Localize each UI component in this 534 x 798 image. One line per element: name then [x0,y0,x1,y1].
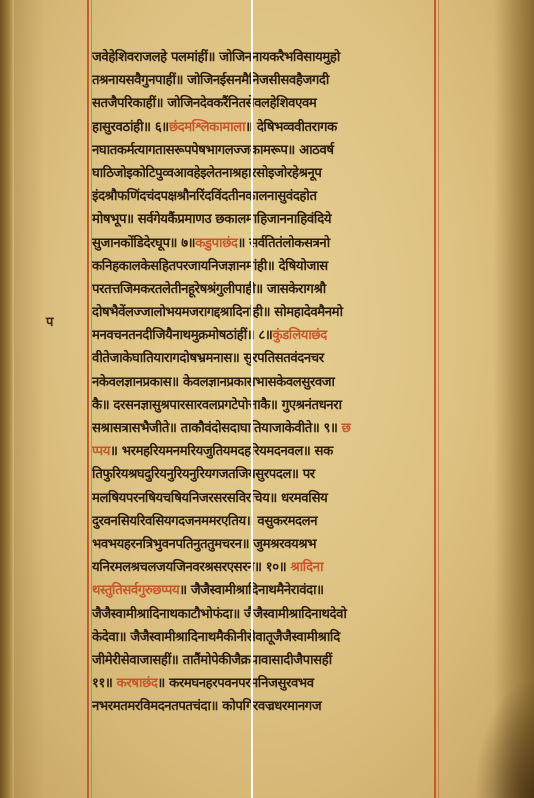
manuscript-line: सश्रासत्रासभैजीते॥ ताकौवंदोसदाघातियाजाके… [92,417,434,440]
verse-text: हासुरवठांही॥ ६॥ [92,120,169,135]
manuscript-line: यनिरमलश्रचलजयजिनवरश्रसरएसरन॥ १०॥ श्रादिन… [92,556,434,579]
verse-text: ११॥ [92,676,117,691]
manuscript-line: भवभयहरनत्रिभुवनपतिनुततुमचरन॥ जुमश्ररवयश्… [92,533,434,556]
manuscript-line: दुरवनसियरिवसियगदजनममरएतिय॥ वसुकरमदलन [92,510,434,533]
manuscript-line: नघातकर्मत्यागतासरूपपेषभागलज्जकामरूप॥ आठव… [92,139,434,162]
manuscript-line: कनिहकालकेसहितपरजायनिजज्ञानमांही॥ देषियोज… [92,255,434,278]
manuscript-line: सतजैपरिकाहीं॥ जोजिनदेवकरैंनितसेवलहेशिवएव… [92,92,434,115]
rubric-heading: छंदमश्लिकामाला [169,120,245,135]
rubric-heading: प्पय [92,444,110,459]
manuscript-line: वीतेजाकेघातियारागदोषभ्रमनास॥ सुरपतिसतवंद… [92,347,434,370]
manuscript-line: इंदश्रौफणिंदचंदपक्षश्रौनरिंदविंदतीनकालना… [92,185,434,208]
manuscript-line: जवेहेशिवराजलहे पलमांहीं॥ जोजिननायकरैभविस… [92,46,434,69]
verse-text: मोषभूप॥ सर्वगेयकैंप्रमाणउ छकालमाहिजाननाह… [92,212,331,227]
rubric-heading: करषाछंद [117,676,158,691]
page-corner-shadow [474,678,534,798]
verse-text: घाठिजोइकोटिपुव्वआवहेइलेतनाश्रहारसोइजोरहे… [92,166,321,181]
verse-text: जवेहेशिवराजलहे पलमांहीं॥ जोजिननायकरैभविस… [92,50,340,65]
verse-text: ॥ करमघनहरपवनपरमनिजसुरवभव [157,676,313,691]
manuscript-line: थस्तुतिसर्वगुरुछप्पय॥ जैजैस्वामीश्रादिना… [92,579,434,602]
verse-text: सतजैपरिकाहीं॥ जोजिनदेवकरैंनितसेवलहेशिवएव… [92,96,316,111]
verse-text: नघातकर्मत्यागतासरूपपेषभागलज्जकामरूप॥ आठव… [92,143,334,158]
binding-shadow [0,0,14,798]
manuscript-line: मलषियपरनषियचषियनिजरसरसविरचिय॥ धरमवसिय [92,487,434,510]
verse-text: दुरवनसियरिवसियगदजनममरएतिय॥ वसुकरमदलन [92,514,317,529]
verse-text: मनवचनतनदीजियैनाथमुक्रमोषठांहीं॥ ८॥ [92,328,272,343]
manuscript-line: केदेवा॥ जैजैस्वामीश्रादिनाथमैकीनीसेवातूज… [92,626,434,649]
rubric-heading: थस्तुतिसर्वगुरुछप्पय [92,583,179,598]
verse-text: सश्रासत्रासभैजीते॥ ताकौवंदोसदाघातियाजाके… [92,421,342,436]
verse-text: दोषभैवेंलज्जालोभयमजरागद्दश्रादिनांही॥ सो… [92,305,343,320]
manuscript-line: घाठिजोइकोटिपुव्वआवहेइलेतनाश्रहारसोइजोरहे… [92,162,434,185]
verse-text: सुजानकोंडिदेरघूप॥ ७॥ [92,236,195,251]
manuscript-line: नकेवलज्ञानप्रकास॥ केवलज्ञानप्रकासभासकेवल… [92,371,434,394]
verse-text: भवभयहरनत्रिभुवनपतिनुततुमचरन॥ जुमश्ररवयश्… [92,537,316,552]
rubric-heading: कुंडलियाछंद [272,328,326,343]
right-margin-rule-inner [438,0,439,798]
verse-text: नभरमतमरविमदनतपतचंदा॥ कोपगिरवज्रधरमानगज [92,699,321,714]
manuscript-line: मनवचनतनदीजियैनाथमुक्रमोषठांहीं॥ ८॥कुंडलि… [92,324,434,347]
manuscript-line: जैजैस्वामीश्रादिनाथकाटौभोफंदा॥ जैजैस्वाम… [92,603,434,626]
verse-text: वीतेजाकेघातियारागदोषभ्रमनास॥ सुरपतिसतवंद… [92,351,324,366]
rubric-heading: श्रादिना [290,560,323,575]
right-margin-rule [434,0,436,798]
manuscript-text-block: जवेहेशिवराजलहे पलमांहीं॥ जोजिननायकरैभविस… [92,46,434,718]
verse-text: ॥ भरमहरियमनमरियजुतियमदहरियमदनवल॥ सक [110,444,333,459]
manuscript-line: प्पय॥ भरमहरियमनमरियजुतियमदहरियमदनवल॥ सक [92,440,434,463]
verse-text: जीमेरीसेवाजासहीं॥ तातैंमोपेकीजैक्रपावासा… [92,653,332,668]
verse-text: जैजैस्वामीश्रादिनाथकाटौभोफंदा॥ जैजैस्वाम… [92,607,346,622]
manuscript-line: ११॥ करषाछंद॥ करमघनहरपवनपरमनिजसुरवभव [92,672,434,695]
verse-text: मलषियपरनषियचषियनिजरसरसविरचिय॥ धरमवसिय [92,491,327,506]
verse-text: यनिरमलश्रचलजयजिनवरश्रसरएसरन॥ १०॥ [92,560,290,575]
verse-text: ॥ देषिभव्ववीतरागक [245,120,337,135]
manuscript-line: नभरमतमरविमदनतपतचंदा॥ कोपगिरवज्रधरमानगज [92,695,434,718]
manuscript-line: जीमेरीसेवाजासहीं॥ तातैंमोपेकीजैक्रपावासा… [92,649,434,672]
manuscript-line: तश्रनायसवैगुनपाहीं॥ जोजिनईसनमैनिजसीसवहैज… [92,69,434,92]
manuscript-line: परतत्तजिमकरतलेतीनहूरेषश्रंगुलीपाही॥ जासक… [92,278,434,301]
left-margin-rule [87,0,89,798]
manuscript-line: तिफुरियश्रघदुरियनुरियनुरियगजतजियसुरपदल॥ … [92,463,434,486]
verse-text: तश्रनायसवैगुनपाहीं॥ जोजिनईसनमैनिजसीसवहैज… [92,73,329,88]
verse-text: इंदश्रौफणिंदचंदपक्षश्रौनरिंदविंदतीनकालना… [92,189,317,204]
manuscript-page: प जवेहेशिवराजलहे पलमांहीं॥ जोजिननायकरैभव… [0,0,534,798]
verse-text: कनिहकालकेसहितपरजायनिजज्ञानमांही॥ देषियोज… [92,259,328,274]
verse-text: कै॥ दरसनज्ञासुश्रपारसारवलप्रगटेपोत्ताकै॥… [92,398,342,413]
manuscript-line: कै॥ दरसनज्ञासुश्रपारसारवलप्रगटेपोत्ताकै॥… [92,394,434,417]
verse-text: केदेवा॥ जैजैस्वामीश्रादिनाथमैकीनीसेवातूज… [92,630,340,645]
manuscript-line: सुजानकोंडिदेरघूप॥ ७॥कडुपाछंद॥ सर्वतितंलो… [92,232,434,255]
manuscript-line: दोषभैवेंलज्जालोभयमजरागद्दश्रादिनांही॥ सो… [92,301,434,324]
verse-text: तिफुरियश्रघदुरियनुरियनुरियगजतजियसुरपदल॥ … [92,467,315,482]
manuscript-line: मोषभूप॥ सर्वगेयकैंप्रमाणउ छकालमाहिजाननाह… [92,208,434,231]
margin-note: प [46,312,53,330]
page-fold [14,0,44,798]
rubric-heading: कडुपाछंद [195,236,237,251]
verse-text: परतत्तजिमकरतलेतीनहूरेषश्रंगुलीपाही॥ जासक… [92,282,326,297]
rubric-heading: छ [342,421,351,436]
verse-text: नकेवलज्ञानप्रकास॥ केवलज्ञानप्रकासभासकेवल… [92,375,335,390]
scan-seam-line [251,0,253,798]
manuscript-line: हासुरवठांही॥ ६॥छंदमश्लिकामाला॥ देषिभव्वव… [92,116,434,139]
